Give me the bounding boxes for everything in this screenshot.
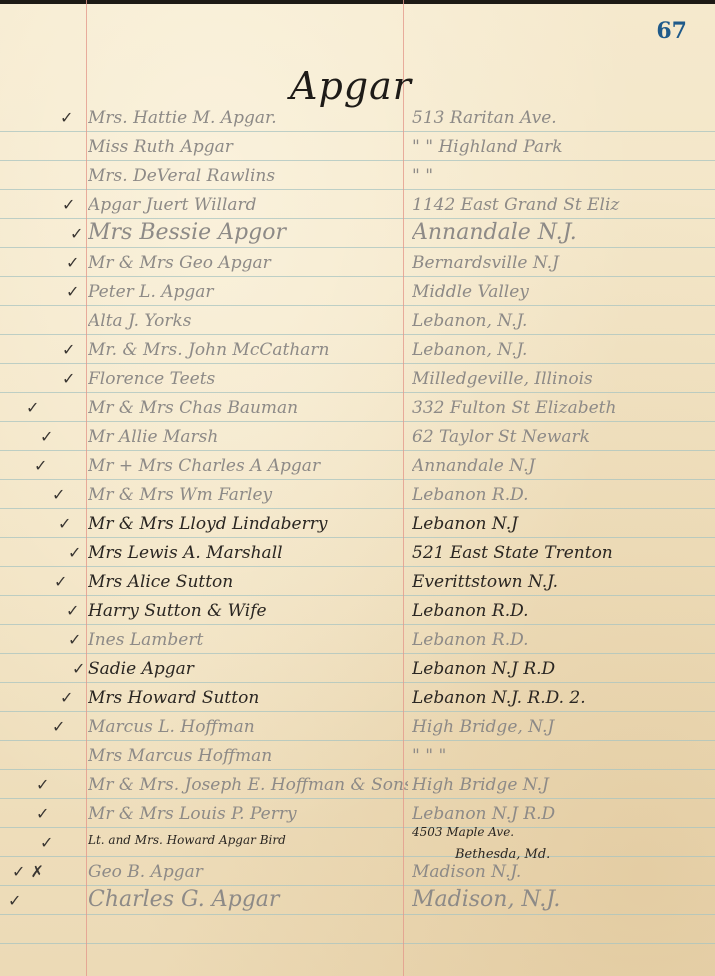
entry-address: Annandale N.J <box>412 456 712 476</box>
entry-name: Mr & Mrs Lloyd Lindaberry <box>88 514 408 534</box>
ledger-entry: ✓Mrs. Hattie M. Apgar.513 Raritan Ave. <box>0 106 715 135</box>
checkmark-icon: ✓ <box>62 340 75 359</box>
entry-address: Middle Valley <box>412 282 712 302</box>
checkmark-icon: ✓ <box>66 253 79 272</box>
entry-name: Mrs. Hattie M. Apgar. <box>88 108 408 128</box>
checkmark-icon: ✓ <box>72 659 85 678</box>
entry-address: High Bridge, N.J <box>412 717 712 737</box>
entry-address: Lebanon N.J R.D <box>412 804 712 824</box>
ledger-entry: ✓Sadie ApgarLebanon N.J R.D <box>0 657 715 686</box>
checkmark-icon: ✓ <box>40 427 53 446</box>
ledger-entry: ✓Mr & Mrs Wm FarleyLebanon R.D. <box>0 483 715 512</box>
ledger-entry: ✓Peter L. ApgarMiddle Valley <box>0 280 715 309</box>
checkmark-icon: ✓ <box>54 572 67 591</box>
ledger-entry: ✓Mrs Howard SuttonLebanon N.J. R.D. 2. <box>0 686 715 715</box>
ledger-entry: Miss Ruth Apgar" " Highland Park <box>0 135 715 164</box>
ruled-line <box>0 943 715 944</box>
entry-name: Mr. & Mrs. John McCatharn <box>88 340 408 360</box>
entry-name: Miss Ruth Apgar <box>88 137 408 157</box>
ledger-entry: ✓Florence TeetsMilledgeville, Illinois <box>0 367 715 396</box>
entry-name: Mr Allie Marsh <box>88 427 408 447</box>
ledger-entry: ✓Ines LambertLebanon R.D. <box>0 628 715 657</box>
entry-name: Mr & Mrs Wm Farley <box>88 485 408 505</box>
checkmark-icon: ✓ <box>66 601 79 620</box>
checkmark-icon: ✓ <box>60 108 73 127</box>
checkmark-icon: ✓ <box>60 688 73 707</box>
ledger-entry: ✓Mr & Mrs Lloyd LindaberryLebanon N.J <box>0 512 715 541</box>
entry-address: Milledgeville, Illinois <box>412 369 712 389</box>
entry-name: Mrs Howard Sutton <box>88 688 408 708</box>
entry-address: Lebanon, N.J. <box>412 311 712 331</box>
checkmark-icon: ✓ ✗ <box>12 862 44 881</box>
entry-name: Marcus L. Hoffman <box>88 717 408 737</box>
page-heading: Apgar <box>290 64 412 108</box>
entry-name: Alta J. Yorks <box>88 311 408 331</box>
entry-name: Mr + Mrs Charles A Apgar <box>88 456 408 476</box>
entry-address: Lebanon, N.J. <box>412 340 712 360</box>
entry-name: Ines Lambert <box>88 630 408 650</box>
entry-name: Mr & Mrs Chas Bauman <box>88 398 408 418</box>
entry-address: Lebanon N.J R.D <box>412 659 712 679</box>
entry-name: Apgar Juert Willard <box>88 195 408 215</box>
checkmark-icon: ✓ <box>62 195 75 214</box>
entry-address: Lebanon N.J <box>412 514 712 534</box>
entry-address: Lebanon R.D. <box>412 601 712 621</box>
ledger-entry: ✓Apgar Juert Willard1142 East Grand St E… <box>0 193 715 222</box>
ledger-entry: Mrs. DeVeral Rawlins" " <box>0 164 715 193</box>
ledger-entry: ✓Mrs Bessie ApgorAnnandale N.J. <box>0 222 715 251</box>
entry-name: Mrs. DeVeral Rawlins <box>88 166 408 186</box>
ledger-entry: ✓Mr & Mrs Geo ApgarBernardsville N.J <box>0 251 715 280</box>
entry-address: " " Highland Park <box>412 137 712 157</box>
checkmark-icon: ✓ <box>8 891 21 910</box>
entry-address: Lebanon R.D. <box>412 485 712 505</box>
entry-name: Harry Sutton & Wife <box>88 601 408 621</box>
entry-address: " " <box>412 166 712 186</box>
entry-name: Lt. and Mrs. Howard Apgar Bird <box>88 833 408 847</box>
entry-address: 513 Raritan Ave. <box>412 108 712 128</box>
ledger-entry: ✓Mr Allie Marsh62 Taylor St Newark <box>0 425 715 454</box>
checkmark-icon: ✓ <box>34 456 47 475</box>
page-number: 67 <box>656 18 687 44</box>
entry-address: 332 Fulton St Elizabeth <box>412 398 712 418</box>
checkmark-icon: ✓ <box>58 514 71 533</box>
ledger-entry: ✓Mrs Lewis A. Marshall521 East State Tre… <box>0 541 715 570</box>
entry-address: Lebanon N.J. R.D. 2. <box>412 688 712 708</box>
entry-address: 62 Taylor St Newark <box>412 427 712 447</box>
ledger-entry: Alta J. YorksLebanon, N.J. <box>0 309 715 338</box>
entry-name: Mrs Alice Sutton <box>88 572 408 592</box>
entry-name: Charles G. Apgar <box>88 887 408 912</box>
ledger-entry: ✓Mr & Mrs Chas Bauman332 Fulton St Eliza… <box>0 396 715 425</box>
ledger-entry: ✓Lt. and Mrs. Howard Apgar Bird4503 Mapl… <box>0 831 715 860</box>
checkmark-icon: ✓ <box>36 804 49 823</box>
checkmark-icon: ✓ <box>40 833 53 852</box>
entry-address: Annandale N.J. <box>412 220 712 245</box>
entry-name: Mr & Mrs. Joseph E. Hoffman & Sons <box>88 775 408 795</box>
entry-address: Bernardsville N.J <box>412 253 712 273</box>
entry-name: Mr & Mrs Louis P. Perry <box>88 804 408 824</box>
entry-address: 4503 Maple Ave. <box>412 825 712 839</box>
ledger-entry: ✓ ✗Geo B. ApgarMadison N.J. <box>0 860 715 889</box>
ledger-entry: ✓Mr & Mrs. Joseph E. Hoffman & SonsHigh … <box>0 773 715 802</box>
entry-name: Florence Teets <box>88 369 408 389</box>
checkmark-icon: ✓ <box>66 282 79 301</box>
entry-address: Everittstown N.J. <box>412 572 712 592</box>
checkmark-icon: ✓ <box>52 485 65 504</box>
ledger-entry: ✓Mr + Mrs Charles A ApgarAnnandale N.J <box>0 454 715 483</box>
entry-name: Peter L. Apgar <box>88 282 408 302</box>
entry-name: Mrs Marcus Hoffman <box>88 746 408 766</box>
ledger-entry: ✓Marcus L. HoffmanHigh Bridge, N.J <box>0 715 715 744</box>
entry-address: Madison N.J. <box>412 862 712 882</box>
checkmark-icon: ✓ <box>36 775 49 794</box>
entry-address: " " " <box>412 746 712 766</box>
ledger-entry: ✓Mrs Alice SuttonEverittstown N.J. <box>0 570 715 599</box>
ledger-entry: Mrs Marcus Hoffman" " " <box>0 744 715 773</box>
entry-address: Madison, N.J. <box>412 887 712 912</box>
checkmark-icon: ✓ <box>62 369 75 388</box>
ledger-entry: ✓Harry Sutton & WifeLebanon R.D. <box>0 599 715 628</box>
checkmark-icon: ✓ <box>52 717 65 736</box>
entry-address: High Bridge N.J <box>412 775 712 795</box>
ledger-page: 67 Apgar ✓Mrs. Hattie M. Apgar.513 Rarit… <box>0 0 715 976</box>
page-top-edge <box>0 0 715 4</box>
entry-name: Mrs Bessie Apgor <box>88 220 408 245</box>
entry-name: Sadie Apgar <box>88 659 408 679</box>
ledger-entry: ✓Charles G. ApgarMadison, N.J. <box>0 889 715 918</box>
entry-address: 521 East State Trenton <box>412 543 712 563</box>
ledger-entry: ✓Mr. & Mrs. John McCatharnLebanon, N.J. <box>0 338 715 367</box>
entry-name: Mr & Mrs Geo Apgar <box>88 253 408 273</box>
checkmark-icon: ✓ <box>68 543 81 562</box>
entry-address: 1142 East Grand St Eliz <box>412 195 712 215</box>
checkmark-icon: ✓ <box>70 224 83 243</box>
entry-name: Mrs Lewis A. Marshall <box>88 543 408 563</box>
entry-address: Lebanon R.D. <box>412 630 712 650</box>
entry-name: Geo B. Apgar <box>88 862 408 882</box>
checkmark-icon: ✓ <box>26 398 39 417</box>
checkmark-icon: ✓ <box>68 630 81 649</box>
